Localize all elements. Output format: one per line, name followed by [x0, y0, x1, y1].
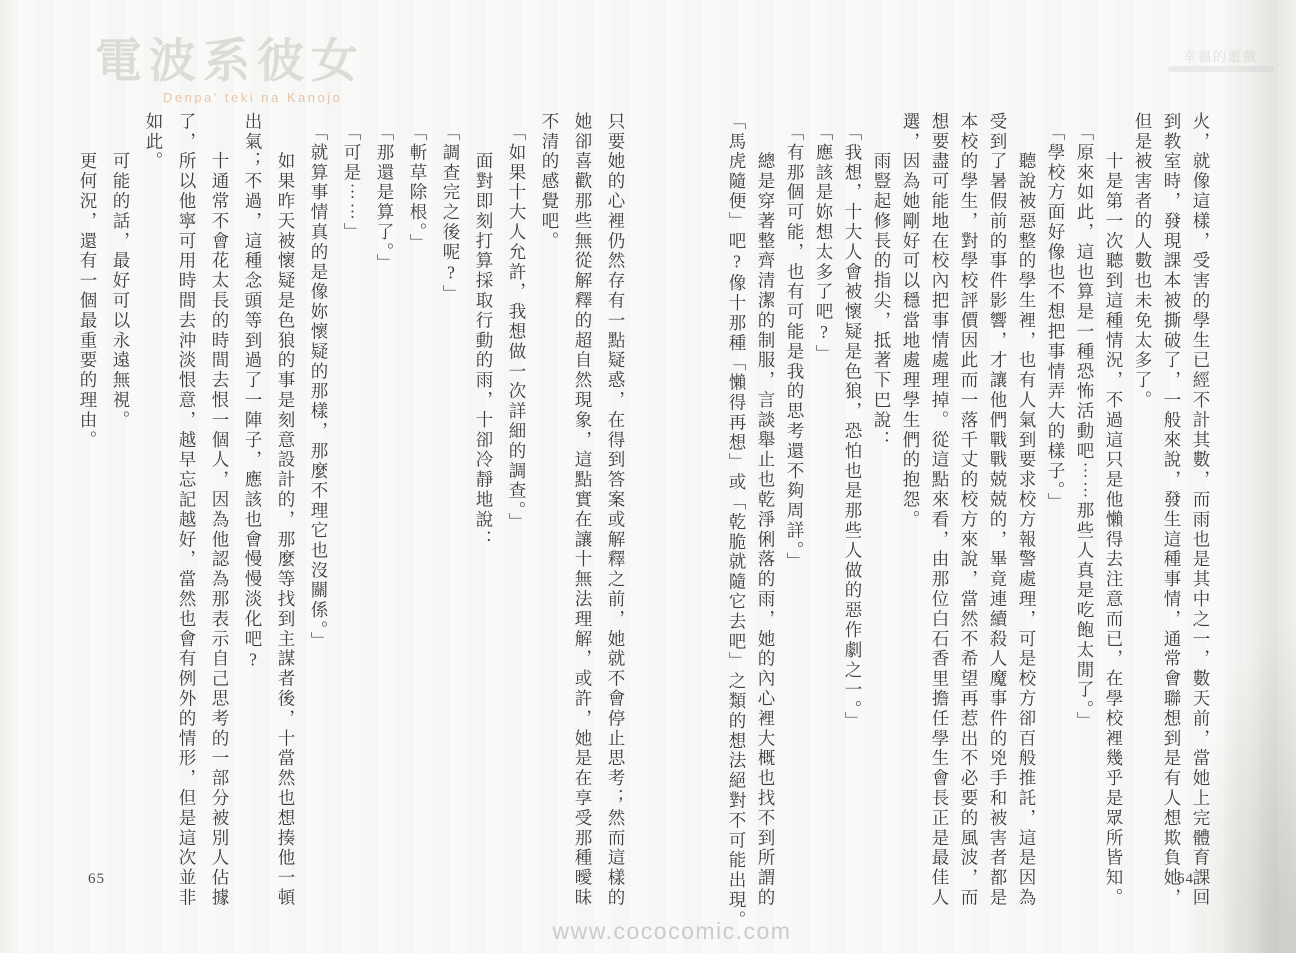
- text-column: 「學校方面好像也不想把事情弄大的樣子。」: [1041, 112, 1070, 918]
- page-number-left: 65: [88, 871, 105, 888]
- text-column: 更何況，還有一個最重要的理由。: [71, 112, 104, 918]
- text-column: 可能的話，最好可以永遠無視。: [104, 112, 137, 918]
- text-column: 到教室時，發現課本被撕破了，一般來說，發生這種事情，通常會聯想到是有人想欺負她，: [1157, 112, 1186, 918]
- text-column: 「馬虎隨便」吧?像十那種「懶得再想」或「乾脆就隨它去吧」之類的想法絕對不可能出現…: [722, 112, 751, 918]
- text-column: 「如果十大人允許，我想做一次詳細的調查。」: [500, 112, 533, 918]
- chapter-title: 幸福的遊戲: [1183, 46, 1258, 65]
- text-column: 「調查完之後呢?」: [434, 112, 467, 918]
- page-left-text: 只要她的心裡仍然存有一點疑惑，在得到答案或解釋之前，她就不會停止思考；然而這樣的…: [67, 112, 632, 918]
- text-column: 但是被害者的人數也未免太多了。: [1128, 112, 1157, 918]
- text-column: 如果昨天被懷疑是色狼的事是刻意設計的，那麼等找到主謀者後，十當然也想揍他一頓: [269, 112, 302, 918]
- text-column: 受到了暑假前的事件影響，才讓他們戰戰兢兢的，畢竟連續殺人魔事件的兇手和被害者都是: [983, 112, 1012, 918]
- text-column: 不清的感覺吧。: [533, 112, 566, 918]
- text-column: 「有那個可能，也有可能是我的思考還不夠周詳。」: [780, 112, 809, 918]
- watermark: www.cococomic.com: [553, 918, 792, 945]
- text-column: 雨豎起修長的指尖，抵著下巴說：: [867, 112, 896, 918]
- text-column: 「可是⋯⋯」: [335, 112, 368, 918]
- text-column: 總是穿著整齊清潔的制服，言談舉止也乾淨俐落的雨，她的內心裡大概也找不到所謂的: [751, 112, 780, 918]
- book-logo-title: 電波系彼女: [95, 24, 365, 91]
- book-logo-romanization: Denpa' teki na Kanojo: [163, 90, 342, 105]
- text-column: 「那還是算了。」: [368, 112, 401, 918]
- text-column: 想要盡可能地在校內把事情處理掉。從這點來看，由那位白石香里擔任學生會長正是最佳人: [925, 112, 954, 918]
- text-column: 「應該是妳想太多了吧?」: [809, 112, 838, 918]
- text-column: 「斬草除根。」: [401, 112, 434, 918]
- text-column: 了，所以他寧可用時間去沖淡恨意，越早忘記越好，當然也會有例外的情形，但是這次並非: [170, 112, 203, 918]
- text-column: 十是第一次聽到這種情況，不過這只是他懶得去注意而已，在學校裡幾乎是眾所皆知。: [1099, 112, 1128, 918]
- right-edge-shadow: [1224, 0, 1296, 953]
- text-column: 她卻喜歡那些無從解釋的超自然現象，這點實在讓十無法理解，或許，她是在享受那種曖昧: [566, 112, 599, 918]
- chapter-subtitle-illegible: [1168, 66, 1274, 72]
- text-column: 如此。: [137, 112, 170, 918]
- text-column: 選，因為她剛好可以穩當地處理學生們的抱怨。: [896, 112, 925, 918]
- text-column: 出氣；不過，這種念頭等到過了一陣子，應該也會慢慢淡化吧?: [236, 112, 269, 918]
- text-column: 十通常不會花太長的時間去恨一個人，因為他認為那表示自己思考的一部分被別人佔據: [203, 112, 236, 918]
- text-column: 「原來如此，這也算是一種恐怖活動吧⋯⋯那些人真是吃飽太閒了。」: [1070, 112, 1099, 918]
- text-column: 「就算事情真的是像妳懷疑的那樣，那麼不理它也沒關係。」: [302, 112, 335, 918]
- text-column: 本校的學生，對學校評價因此而一落千丈的校方來說，當然不希望再惹出不必要的風波，而: [954, 112, 983, 918]
- text-column: 面對即刻打算採取行動的雨，十卻冷靜地說：: [467, 112, 500, 918]
- text-column: 只要她的心裡仍然存有一點疑惑，在得到答案或解釋之前，她就不會停止思考；然而這樣的: [599, 112, 632, 918]
- text-column: 火，就像這樣，受害的學生已經不計其數，而雨也是其中之一，數天前，當她上完體育課回: [1186, 112, 1215, 918]
- text-column: 「我想，十大人會被懷疑是色狼，恐怕也是那些人做的惡作劇之一。」: [838, 112, 867, 918]
- page-right-text: 火，就像這樣，受害的學生已經不計其數，而雨也是其中之一，數天前，當她上完體育課回…: [715, 112, 1215, 918]
- page-number-right: 64: [1177, 871, 1194, 888]
- scanned-book-spread: 電波系彼女 Denpa' teki na Kanojo 幸福的遊戲 火，就像這樣…: [0, 0, 1296, 953]
- text-column: 聽說被惡整的學生裡，也有人氣到要求校方報警處理，可是校方卻百般推託，這是因為: [1012, 112, 1041, 918]
- left-edge-shadow: [0, 0, 14, 953]
